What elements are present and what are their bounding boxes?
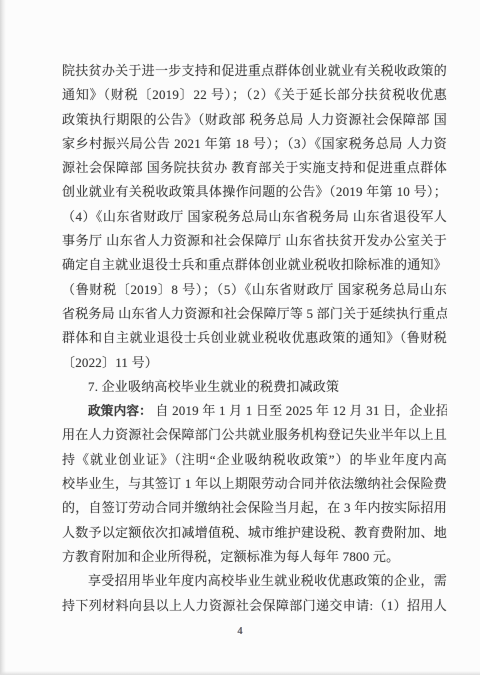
doc-line: 家乡村振兴局公告 2021 年第 18 号）；（3）《国家税务总局 人力资 xyxy=(62,132,447,156)
doc-line: 用在人力资源社会保障部门公共就业服务机构登记失业半年以上且 xyxy=(62,423,447,447)
doc-line: （4）《山东省财政厅 国家税务总局山东省税务局 山东省退役军人 xyxy=(62,205,447,229)
doc-line: 校毕业生，与其签订 1 年以上期限劳动合同并依法缴纳社会保险费 xyxy=(62,472,447,496)
doc-line: 事务厅 山东省人力资源和社会保障厅 山东省扶贫开发办公室关于 xyxy=(62,229,447,253)
scan-edge-left xyxy=(0,0,6,675)
doc-line: 省税务局 山东省人力资源和社会保障厅等 5 部门关于延续执行重点 xyxy=(62,302,447,326)
doc-line: 政策执行期限的公告》（财政部 税务总局 人力资源社会保障部 国 xyxy=(62,108,447,132)
section-heading: 7. 企业吸纳高校毕业生就业的税费扣减政策 xyxy=(62,375,447,399)
doc-line: 群体和自主就业退役士兵创业就业税收优惠政策的通知》（鲁财税 xyxy=(62,326,447,350)
doc-line: 确定自主就业退役士兵和重点群体创业就业税收扣除标准的通知》 xyxy=(62,253,447,277)
doc-line: 方教育附加和企业所得税，定额标准为每人每年 7800 元。 xyxy=(62,545,447,569)
doc-line: 〔2022〕11 号） xyxy=(62,351,447,375)
doc-line: 源社会保障部 国务院扶贫办 教育部关于实施支持和促进重点群体 xyxy=(62,156,447,180)
doc-line-policy-content: 政策内容： 自 2019 年 1 月 1 日至 2025 年 12 月 31 日… xyxy=(62,399,447,423)
document-page: { "page": { "number": "4", "background_c… xyxy=(0,0,480,675)
doc-line: （鲁财税〔2019〕8 号）；（5）《山东省财政厅 国家税务总局山东 xyxy=(62,278,447,302)
doc-line: 持《就业创业证》（注明“企业吸纳税收政策”）的毕业年度内高 xyxy=(62,448,447,472)
scan-edge-bottom xyxy=(0,671,480,675)
doc-line: 院扶贫办关于进一步支持和促进重点群体创业就业有关税收政策的 xyxy=(62,59,447,83)
doc-line: 的，自签订劳动合同并缴纳社会保险当月起，在 3 年内按实际招用 xyxy=(62,496,447,520)
doc-line: 通知》（财税〔2019〕22 号）；（2）《关于延长部分扶贫税收优惠 xyxy=(62,83,447,107)
doc-line: 持下列材料向县以上人力资源社会保障部门递交申请:（1）招用人 xyxy=(62,594,447,618)
doc-line: 享受招用毕业年度内高校毕业生就业税收优惠政策的企业，需 xyxy=(62,569,447,593)
policy-content-label: 政策内容： xyxy=(88,404,152,418)
policy-content-text: 自 2019 年 1 月 1 日至 2025 年 12 月 31 日，企业招 xyxy=(155,403,447,418)
document-text-block: 院扶贫办关于进一步支持和促进重点群体创业就业有关税收政策的 通知》（财税〔201… xyxy=(62,59,447,618)
doc-line: 创业就业有关税收政策具体操作问题的公告》（2019 年第 10 号）； xyxy=(62,180,447,204)
doc-line: 人数予以定额依次扣减增值税、城市维护建设税、教育费附加、地 xyxy=(62,521,447,545)
page-number: 4 xyxy=(0,626,480,637)
